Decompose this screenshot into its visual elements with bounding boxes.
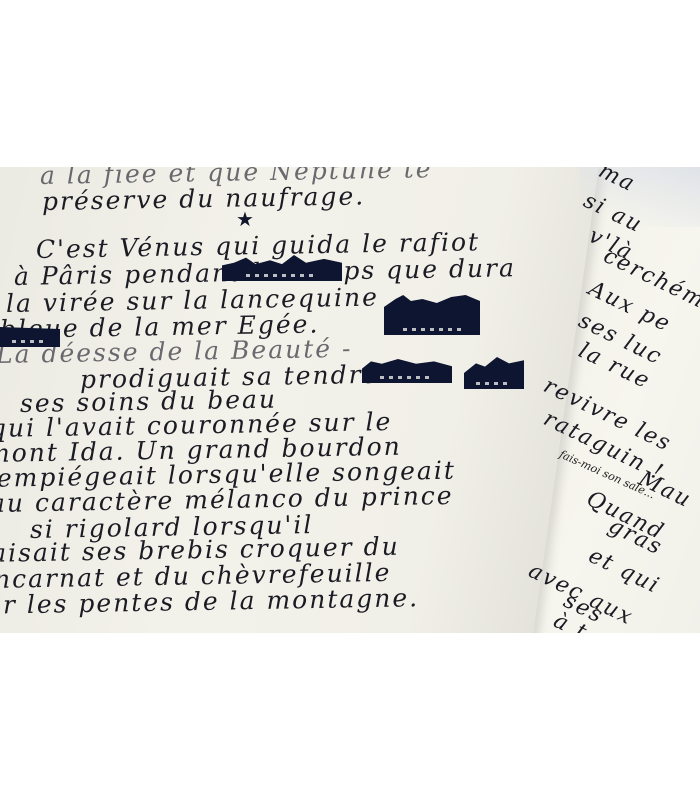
- manuscript-photo: a la fièe et que Neptune te préserve du …: [0, 167, 700, 633]
- star-ornament-icon: ★: [236, 207, 254, 231]
- handwritten-line: préserve du naufrage.: [42, 181, 366, 216]
- house-stamp-3: [0, 327, 60, 347]
- house-stamp-4: [362, 359, 452, 383]
